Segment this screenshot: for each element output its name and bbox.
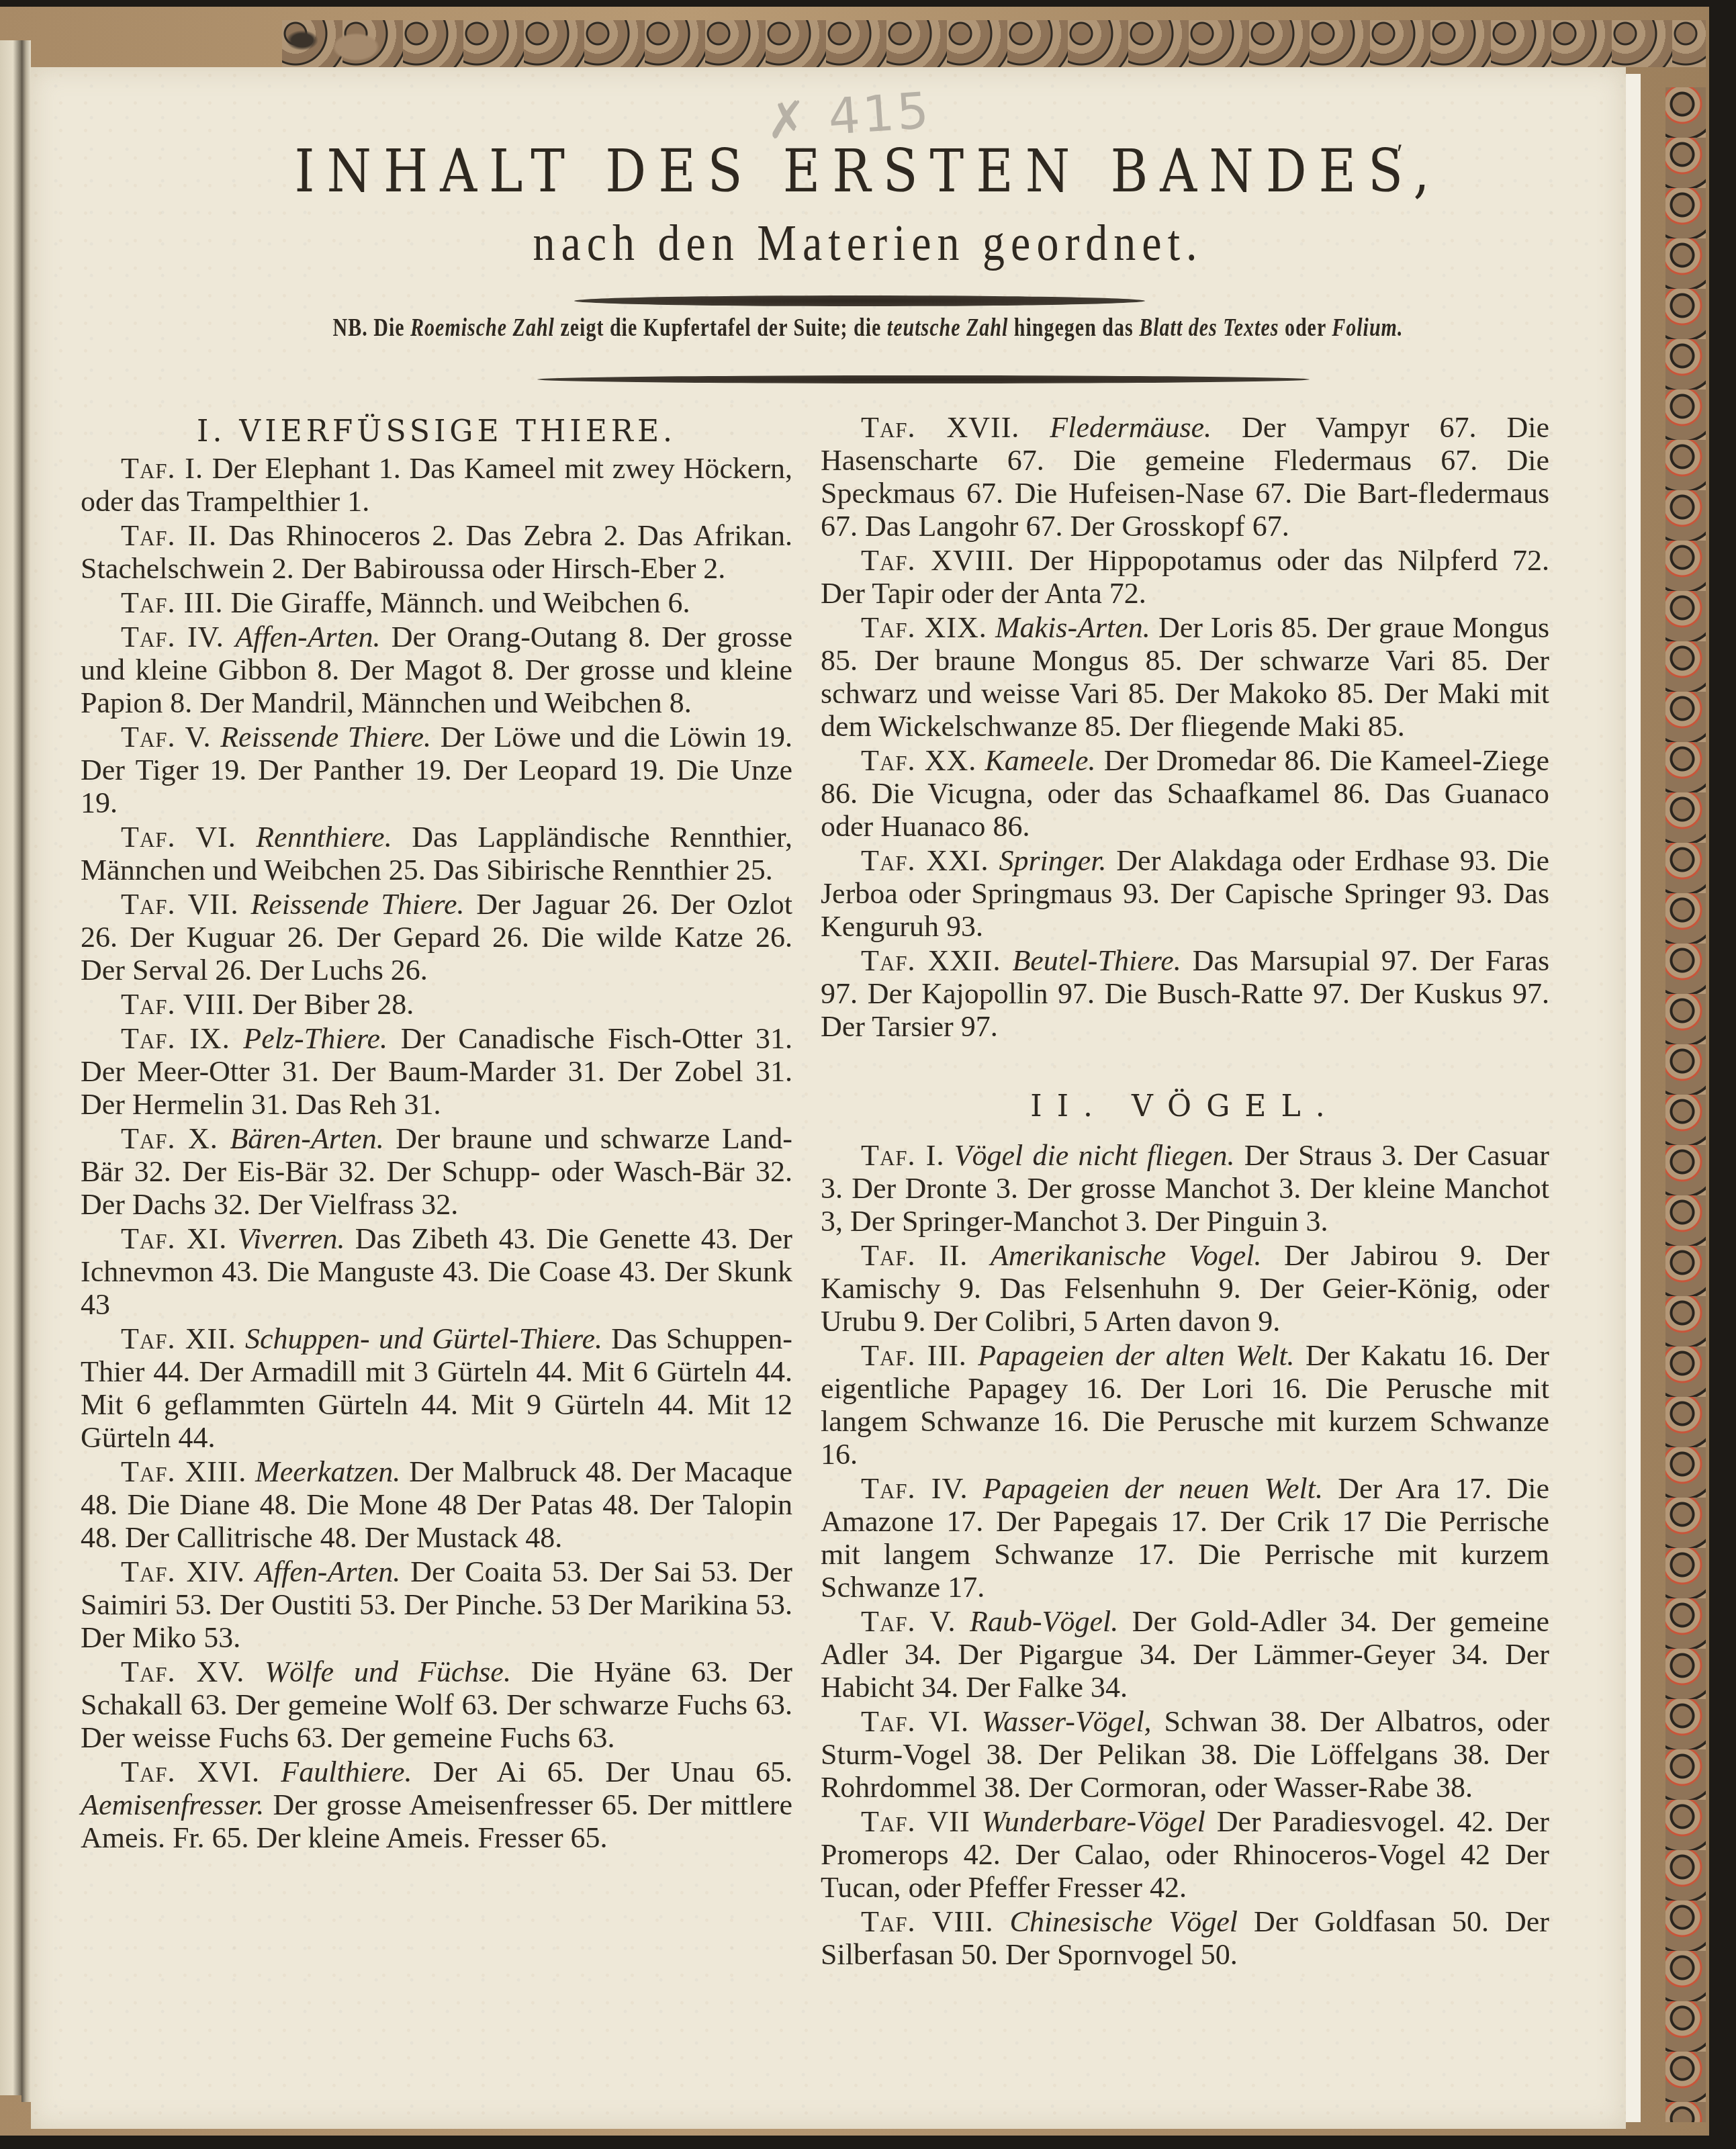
group-name: Schuppen- und Gürtel-Thiere.: [245, 1322, 602, 1355]
toc-entry: Taf. VI. Rennthiere. Das Lappländische R…: [81, 821, 792, 886]
group-name: Springer.: [999, 844, 1106, 877]
plate-number: Taf. I.: [121, 452, 203, 485]
ornamental-rule-top: [574, 295, 1145, 306]
toc-entry: Taf. VII. Reissende Thiere. Der Jaguar 2…: [81, 888, 792, 987]
plate-number: Taf. IV.: [121, 621, 224, 653]
toc-entry: Taf. XIX. Makis-Arten. Der Loris 85. Der…: [821, 611, 1549, 743]
toc-entry: Taf. X. Bären-Arten. Der braune und schw…: [81, 1122, 792, 1221]
toc-entry: Taf. IV. Papageien der neuen Welt. Der A…: [821, 1472, 1549, 1604]
group-name: Fledermäuse.: [1050, 411, 1212, 444]
toc-entry: Taf. I. Vögel die nicht fliegen. Der Str…: [821, 1139, 1549, 1238]
note-prefix: NB.: [333, 314, 368, 342]
group-name: Chinesische Vögel: [1010, 1905, 1238, 1938]
plate-number: Taf. XVII.: [861, 411, 1019, 444]
group-name: Amerikanische Vogel.: [991, 1239, 1262, 1272]
toc-entry: Taf. II. Amerikanische Vogel. Der Jabiro…: [821, 1239, 1549, 1338]
group-name: Reissende Thiere.: [220, 721, 431, 753]
plate-number: Taf. XVIII.: [861, 544, 1015, 577]
plate-number: Taf. V.: [121, 721, 212, 753]
toc-entry: Taf. VII Wunderbare-Vögel Der Paradiesvo…: [821, 1805, 1549, 1904]
group-name: Bären-Arten.: [230, 1122, 383, 1155]
toc-entry: Taf. XII. Schuppen- und Gürtel-Thiere. D…: [81, 1322, 792, 1454]
toc-entry: Taf. I. Der Elephant 1. Das Kameel mit z…: [81, 452, 792, 518]
section-heading-voegel: II. VÖGEL.: [821, 1090, 1549, 1123]
group-name: Wölfe und Füchse.: [265, 1655, 511, 1688]
page-title: INHALT DES ERSTEN BANDES,: [0, 136, 1736, 205]
plate-number: Taf. II.: [121, 519, 217, 552]
entry-text: Der Ai 65. Der Unau 65.: [433, 1755, 792, 1788]
group-name: Vögel die nicht fliegen.: [954, 1139, 1235, 1172]
toc-entry: Taf. V. Reissende Thiere. Der Löwe und d…: [81, 721, 792, 819]
group-name: Meerkatzen.: [255, 1455, 400, 1488]
plate-number: Taf. VIII.: [861, 1905, 994, 1938]
plate-number: Taf. XX.: [861, 744, 976, 777]
group-name: Raub-Vögel.: [970, 1605, 1118, 1638]
plate-number: Taf. IX.: [121, 1022, 230, 1055]
plate-number: Taf. XVI.: [121, 1755, 260, 1788]
plate-number: Taf. XIII.: [121, 1455, 246, 1488]
plate-number: Taf. I.: [861, 1139, 944, 1172]
entry-text: Der Biber 28.: [252, 988, 414, 1021]
facing-page-edge: [0, 40, 21, 2095]
group-name: Reissende Thiere.: [250, 888, 464, 921]
plate-number: Taf. VI.: [121, 821, 236, 854]
toc-entry: Taf. XVI. Faulthiere. Der Ai 65. Der Una…: [81, 1755, 792, 1854]
plate-number: Taf. VIII.: [121, 988, 244, 1021]
group-name: Beutel-Thiere.: [1012, 944, 1181, 977]
plate-number: Taf. III.: [121, 586, 223, 619]
section-heading-vierfuessige: I. VIERFÜSSIGE THIERE.: [81, 415, 792, 448]
group-name: Wunderbare-Vögel: [982, 1805, 1205, 1838]
ornamental-rule-bottom: [537, 375, 1310, 383]
group-name: Affen-Arten.: [235, 621, 380, 653]
toc-entry: Taf. IX. Pelz-Thiere. Der Canadische Fis…: [81, 1022, 792, 1121]
group-name: Pelz-Thiere.: [243, 1022, 387, 1055]
plate-number: Taf. XI.: [121, 1222, 227, 1255]
group-name: Wasser-Vögel,: [982, 1705, 1152, 1738]
marbled-paper-right: [1665, 87, 1706, 2122]
toc-entry: Taf. XXII. Beutel-Thiere. Das Marsupial …: [821, 944, 1549, 1043]
plate-number: Taf. II.: [861, 1239, 968, 1272]
toc-entry: Taf. VIII. Der Biber 28.: [81, 988, 792, 1021]
marbled-paper-top: [282, 20, 1706, 67]
toc-entry: Taf. XVIII. Der Hippopotamus oder das Ni…: [821, 544, 1549, 610]
plate-number: Taf. VI.: [861, 1705, 969, 1738]
toc-entry: Taf. VI. Wasser-Vögel, Schwan 38. Der Al…: [821, 1705, 1549, 1804]
note-line: NB. Die Roemische Zahl zeigt die Kupfert…: [0, 314, 1736, 343]
plate-number: Taf. VII.: [121, 888, 239, 921]
plate-number: Taf. XIX.: [861, 611, 987, 644]
toc-entry: Taf. XI. Viverren. Das Zibeth 43. Die Ge…: [81, 1222, 792, 1321]
plate-number: Taf. X.: [121, 1122, 218, 1155]
toc-entry: Taf. XVII. Fledermäuse. Der Vampyr 67. D…: [821, 411, 1549, 543]
plate-number: Taf. V.: [861, 1605, 956, 1638]
toc-entry: Taf. IV. Affen-Arten. Der Orang-Outang 8…: [81, 621, 792, 719]
entry-text: Die Giraffe, Männch. und Weibchen 6.: [230, 586, 690, 619]
plate-number: Taf. XII.: [121, 1322, 236, 1355]
plate-number: Taf. XXII.: [861, 944, 1001, 977]
group-name: Affen-Arten.: [255, 1555, 400, 1588]
toc-entry: Taf. VIII. Chinesische Vögel Der Goldfas…: [821, 1905, 1549, 1971]
column-left: I. VIERFÜSSIGE THIERE.Taf. I. Der Elepha…: [81, 411, 792, 1856]
group-name: Viverren.: [237, 1222, 345, 1255]
toc-entry: Taf. III. Papageien der alten Welt. Der …: [821, 1339, 1549, 1471]
column-right: Taf. XVII. Fledermäuse. Der Vampyr 67. D…: [821, 411, 1549, 1972]
toc-entry: Taf. XIV. Affen-Arten. Der Coaita 53. De…: [81, 1555, 792, 1654]
toc-entry: Taf. XX. Kameele. Der Dromedar 86. Die K…: [821, 744, 1549, 843]
toc-entry: Taf. XXI. Springer. Der Alakdaga oder Er…: [821, 844, 1549, 943]
group-name: Faulthiere.: [281, 1755, 412, 1788]
toc-entry: Taf. II. Das Rhinoceros 2. Das Zebra 2. …: [81, 519, 792, 585]
group-name: Rennthiere.: [256, 821, 392, 854]
group-name: Papageien der alten Welt.: [978, 1339, 1294, 1372]
plate-number: Taf. XV.: [121, 1655, 244, 1688]
toc-entry: Taf. XV. Wölfe und Füchse. Die Hyäne 63.…: [81, 1655, 792, 1754]
toc-entry: Taf. XIII. Meerkatzen. Der Malbruck 48. …: [81, 1455, 792, 1554]
toc-entry: Taf. III. Die Giraffe, Männch. und Weibc…: [81, 586, 792, 619]
gutter: [21, 40, 31, 2102]
plate-number: Taf. IV.: [861, 1472, 968, 1505]
plate-number: Taf. XXI.: [861, 844, 989, 877]
plate-number: Taf. VII: [861, 1805, 970, 1838]
plate-number: Taf. XIV.: [121, 1555, 245, 1588]
group-name: Makis-Arten.: [995, 611, 1150, 644]
group-name: Kameele.: [985, 744, 1096, 777]
toc-entry: Taf. V. Raub-Vögel. Der Gold-Adler 34. D…: [821, 1605, 1549, 1704]
page-subtitle: nach den Materien geordnet.: [0, 214, 1736, 273]
plate-number: Taf. III.: [861, 1339, 967, 1372]
group-name: Aemisenfresser.: [81, 1788, 264, 1821]
group-name: Papageien der neuen Welt.: [983, 1472, 1323, 1505]
